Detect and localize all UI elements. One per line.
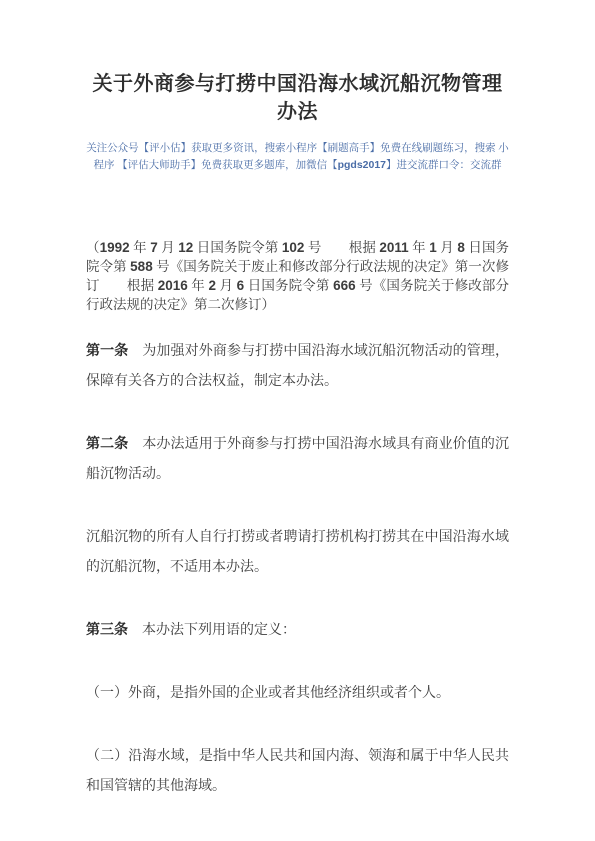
promo-line-2: 程序 【评估大师助手】免费获取更多题库，加微信【pgds2017】进交流群口令：… (86, 157, 509, 174)
article-3-label: 第三条 (86, 623, 128, 638)
article-3-item-1-text: （一）外商，是指外国的企业或者其他经济组织或者个人。 (86, 686, 450, 701)
promo-line-1: 关注公众号【评小估】获取更多资讯，搜索小程序【刷题高手】免费在线刷题练习，搜索 … (86, 140, 509, 157)
article-2-label: 第二条 (86, 437, 128, 452)
revision-note: （1992 年 7 月 12 日国务院令第 102 号 根据 2011 年 1 … (86, 238, 509, 314)
article-3-text: 本办法下列用语的定义： (142, 623, 296, 638)
article-1-text: 为加强对外商参与打捞中国沿海水域沉船沉物活动的管理，保障有关各方的合法权益，制定… (86, 344, 509, 389)
article-3: 第三条本办法下列用语的定义： (86, 616, 509, 646)
document-page: 关于外商参与打捞中国沿海水域沉船沉物管理办法 关注公众号【评小估】获取更多资讯，… (0, 0, 595, 841)
promo-block: 关注公众号【评小估】获取更多资讯，搜索小程序【刷题高手】免费在线刷题练习，搜索 … (86, 140, 509, 174)
article-3-item-2: （二）沿海水域，是指中华人民共和国内海、领海和属于中华人民共和国管辖的其他海域。 (86, 742, 509, 802)
article-2-text: 本办法适用于外商参与打捞中国沿海水域具有商业价值的沉船沉物活动。 (86, 437, 509, 482)
document-title: 关于外商参与打捞中国沿海水域沉船沉物管理办法 (86, 70, 509, 126)
article-2: 第二条本办法适用于外商参与打捞中国沿海水域具有商业价值的沉船沉物活动。 (86, 430, 509, 490)
article-1-label: 第一条 (86, 344, 128, 359)
article-2-continuation-text: 沉船沉物的所有人自行打捞或者聘请打捞机构打捞其在中国沿海水域的沉船沉物，不适用本… (86, 530, 509, 575)
article-3-item-2-text: （二）沿海水域，是指中华人民共和国内海、领海和属于中华人民共和国管辖的其他海域。 (86, 749, 509, 794)
article-2-continuation: 沉船沉物的所有人自行打捞或者聘请打捞机构打捞其在中国沿海水域的沉船沉物，不适用本… (86, 523, 509, 583)
article-3-item-1: （一）外商，是指外国的企业或者其他经济组织或者个人。 (86, 679, 509, 709)
article-1: 第一条为加强对外商参与打捞中国沿海水域沉船沉物活动的管理，保障有关各方的合法权益… (86, 337, 509, 397)
